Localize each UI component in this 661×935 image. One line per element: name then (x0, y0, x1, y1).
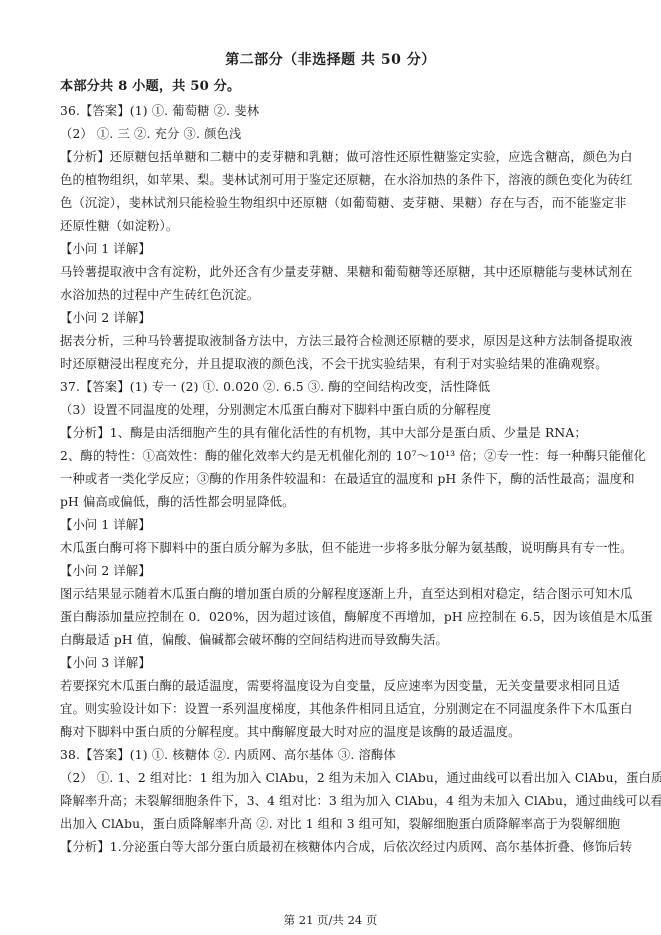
answer-38-line-1: 38.【答案】(1) ①. 核糖体 ②. 内质网、高尔基体 ③. 溶酶体 (60, 747, 605, 763)
detail-line: 据表分析，三种马铃薯提取液制备方法中，方法三最符合检测还原糖的要求，原因是这种方… (60, 333, 605, 349)
subq-heading: 【小问 2 详解】 (60, 310, 605, 326)
subq-heading: 【小问 1 详解】 (60, 241, 605, 257)
answer-36-line-2: （2） ①. 三 ②. 充分 ③. 颜色浅 (60, 126, 605, 142)
detail-line: 酶对下脚料中蛋白质的分解程度。其中酶解度最大时对应的温度是该酶的最适温度。 (60, 724, 605, 740)
analysis-37-line-1: 【分析】1、酶是由活细胞产生的具有催化活性的有机物，其中大部分是蛋白质、少量是 … (60, 425, 605, 441)
analysis-36-line-1: 【分析】还原糖包括单糖和二糖中的麦芽糖和乳糖；做可溶性还原性糖鉴定实验，应选含糖… (60, 149, 605, 165)
subq-heading: 【小问 3 详解】 (60, 655, 605, 671)
detail-line: 木瓜蛋白酶可将下脚料中的蛋白质分解为多肽，但不能进一步将多肽分解为氨基酸，说明酶… (60, 540, 605, 556)
detail-line: 马铃薯提取液中含有淀粉，此外还含有少量麦芽糖、果糖和葡萄糖等还原糖，其中还原糖能… (60, 264, 605, 280)
subq-heading: 【小问 2 详解】 (60, 563, 605, 579)
answer-36-line-1: 36.【答案】(1) ①. 葡萄糖 ②. 斐林 (60, 103, 605, 119)
analysis-37-line-3: 一种或者一类化学反应；③酶的作用条件较温和：在最适宜的温度和 pH 条件下，酶的… (60, 471, 605, 487)
detail-line: 时还原糖浸出程度充分，并且提取液的颜色浅，不会干扰实验结果，有利于对实验结果的准… (60, 356, 605, 372)
analysis-36-line-3: 色（沉淀），斐林试剂只能检验生物组织中还原糖（如葡萄糖、麦芽糖、果糖）存在与否，… (60, 195, 605, 211)
section-title: 第二部分（非选择题 共 50 分） (0, 49, 661, 69)
detail-line: 水浴加热的过程中产生砖红色沉淀。 (60, 287, 605, 303)
answer-38-line-4: 出加入 ClAbu，蛋白质降解率升高 ②. 对比 1 组和 3 组可知，裂解细胞… (60, 816, 605, 832)
answer-37-line-2: （3）设置不同温度的处理，分别测定木瓜蛋白酶对下脚料中蛋白质的分解程度 (60, 402, 605, 418)
answer-38-line-3: 降解率升高；未裂解细胞条件下，3、4 组对比：3 组为加入 ClAbu，4 组为… (60, 793, 605, 809)
detail-line: 白酶最适 pH 值，偏酸、偏碱都会破坏酶的空间结构进而导致酶失活。 (60, 632, 605, 648)
detail-line: 蛋白酶添加量应控制在 0．020%，因为超过该值，酶解度不再增加，pH 应控制在… (60, 609, 605, 625)
answer-37-line-1: 37.【答案】(1) 专一 (2) ①. 0.020 ②. 6.5 ③. 酶的空… (60, 379, 605, 395)
document-page: 第二部分（非选择题 共 50 分） 本部分共 8 小题，共 50 分。 36.【… (0, 0, 661, 935)
analysis-37-line-2: 2、酶的特性：①高效性：酶的催化效率大约是无机催化剂的 10⁷～10¹³ 倍；②… (60, 448, 605, 464)
detail-line: 若要探究木瓜蛋白酶的最适温度，需要将温度设为自变量，反应速率为因变量，无关变量要… (60, 678, 605, 694)
analysis-38-line-1: 【分析】1.分泌蛋白等大部分蛋白质最初在核糖体内合成，后依次经过内质网、高尔基体… (60, 839, 605, 855)
analysis-37-line-4: pH 偏高或偏低，酶的活性都会明显降低。 (60, 494, 605, 510)
answer-38-line-2: （2） ①. 1、2 组对比：1 组为加入 ClAbu，2 组为未加入 ClAb… (60, 770, 605, 786)
detail-line: 宜。则实验设计如下：设置一系列温度梯度，其他条件相同且适宜，分别测定在不同温度条… (60, 701, 605, 717)
section-subtitle: 本部分共 8 小题，共 50 分。 (60, 79, 605, 95)
analysis-36-line-2: 色的植物组织，如苹果、梨。斐林试剂可用于鉴定还原糖，在水浴加热的条件下，溶液的颜… (60, 172, 605, 188)
subq-heading: 【小问 1 详解】 (60, 517, 605, 533)
analysis-36-line-4: 还原性糖（如淀粉）。 (60, 218, 605, 234)
detail-line: 图示结果显示随着木瓜蛋白酶的增加蛋白质的分解程度逐渐上升，直至达到相对稳定，结合… (60, 586, 605, 602)
page-footer: 第 21 页/共 24 页 (0, 912, 661, 928)
